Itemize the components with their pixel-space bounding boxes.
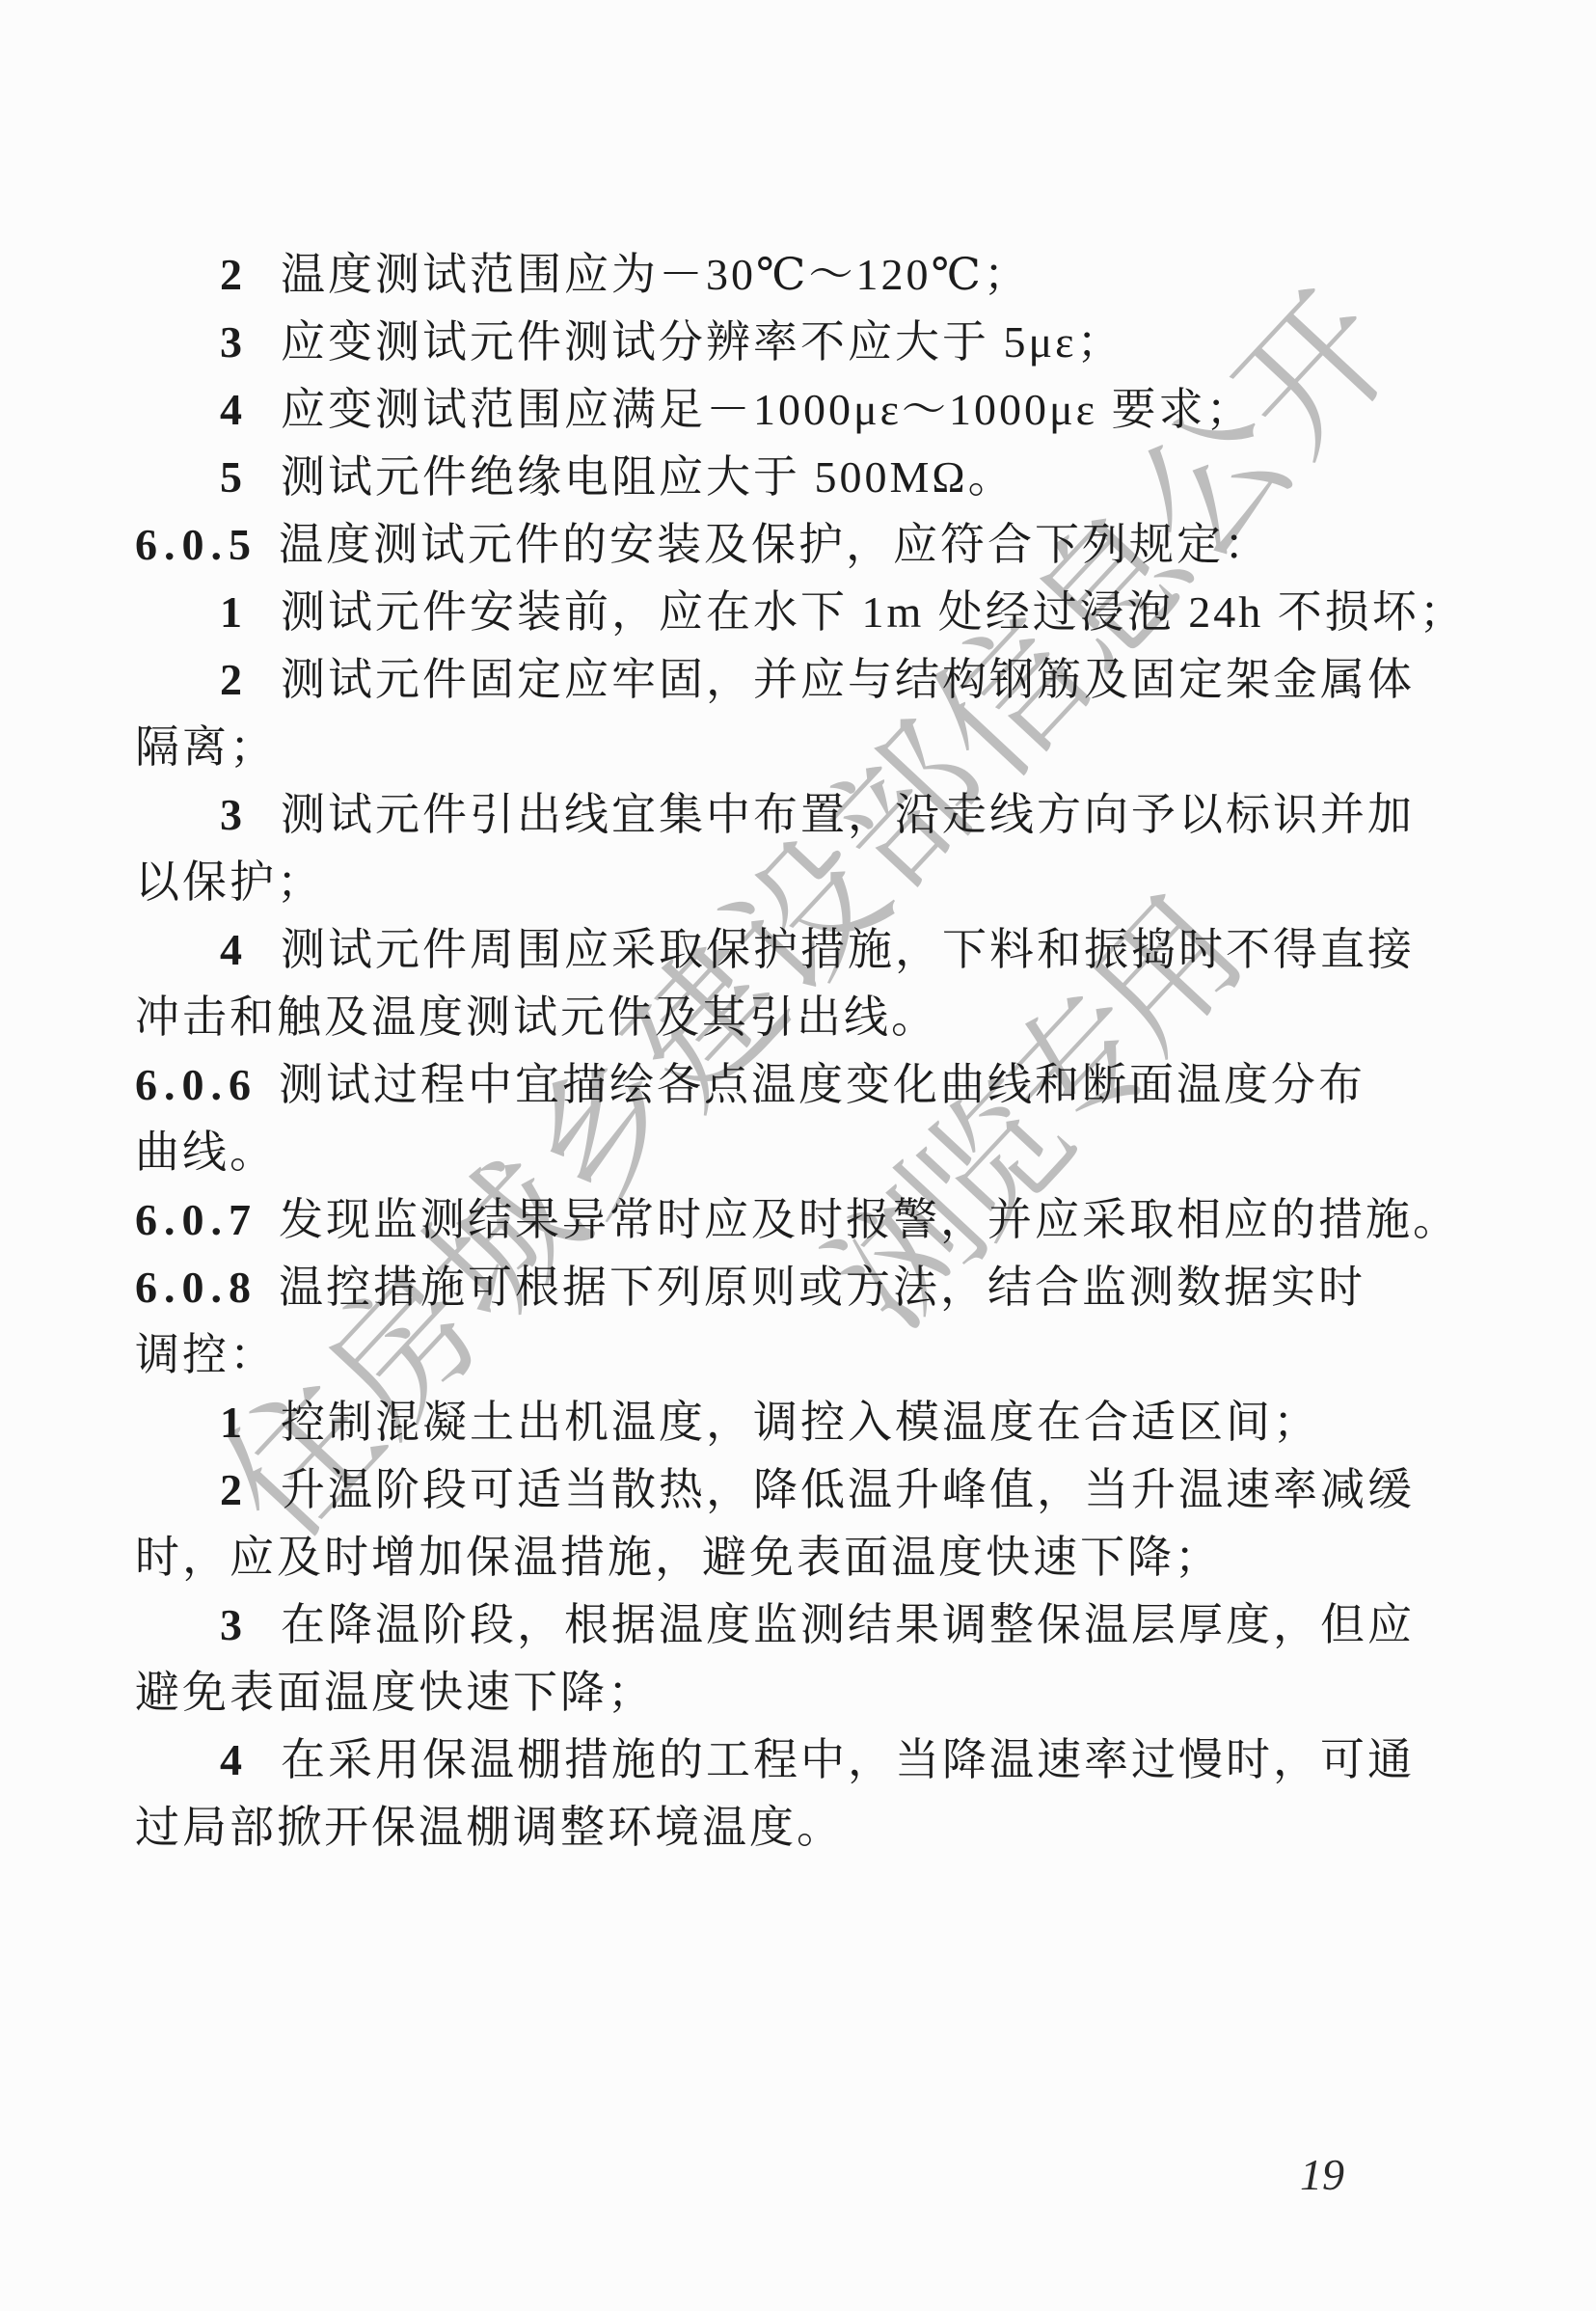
text-line: 以保护； [135,849,1475,916]
line-text: 升温阶段可适当散热，降低温升峰值，当升温速率减缓 [281,1465,1415,1514]
document-page: 住房城乡建设部信息公开 浏览专用 2温度测试范围应为－30℃～120℃；3应变测… [0,0,1596,2311]
line-text: 测试元件周围应采取保护措施，下料和振捣时不得直接 [281,925,1415,974]
page-number: 19 [1300,2149,1344,2200]
item-number: 4 [220,1735,242,1784]
text-line: 6.0.7发现监测结果异常时应及时报警，并应采取相应的措施。 [135,1186,1475,1254]
item-number: 1 [220,1398,242,1447]
line-text: 温度测试范围应为－30℃～120℃； [281,250,1031,299]
text-line: 1控制混凝土出机温度，调控入模温度在合适区间； [135,1389,1475,1456]
item-number: 3 [220,1600,242,1649]
clause-number: 6.0.6 [135,1060,257,1109]
text-line: 3应变测试元件测试分辨率不应大于 5με； [135,309,1475,376]
line-text: 测试元件安装前，应在水下 1m 处经过浸泡 24h 不损坏； [281,587,1467,637]
item-number: 3 [220,790,242,839]
text-line: 3测试元件引出线宜集中布置，沿走线方向予以标识并加 [135,781,1475,849]
line-text: 应变测试范围应满足－1000με～1000με 要求； [281,385,1253,434]
line-text: 冲击和触及温度测试元件及其引出线。 [135,992,938,1042]
line-text: 温度测试元件的安装及保护，应符合下列规定： [279,520,1271,569]
item-number: 1 [220,587,242,637]
text-line: 调控： [135,1321,1475,1389]
line-text: 在降温阶段，根据温度监测结果调整保温层厚度，但应 [281,1600,1415,1649]
line-text: 在采用保温棚措施的工程中，当降温速率过慢时，可通 [281,1735,1415,1784]
clause-number: 6.0.5 [135,520,257,569]
line-text: 控制混凝土出机温度，调控入模温度在合适区间； [281,1398,1320,1447]
text-line: 4在采用保温棚措施的工程中，当降温速率过慢时，可通 [135,1726,1475,1794]
item-number: 3 [220,317,242,367]
text-line: 3在降温阶段，根据温度监测结果调整保温层厚度，但应 [135,1591,1475,1659]
line-text: 避免表面温度快速下降； [135,1668,655,1717]
item-number: 2 [220,1465,242,1514]
text-line: 过局部掀开保温棚调整环境温度。 [135,1794,1475,1862]
text-line: 6.0.6测试过程中宜描绘各点温度变化曲线和断面温度分布 [135,1051,1475,1119]
text-line: 6.0.5温度测试元件的安装及保护，应符合下列规定： [135,511,1475,579]
text-line: 冲击和触及温度测试元件及其引出线。 [135,984,1475,1051]
line-text: 测试元件绝缘电阻应大于 500MΩ。 [281,452,1015,502]
text-line: 2测试元件固定应牢固，并应与结构钢筋及固定架金属体 [135,646,1475,714]
line-text: 曲线。 [135,1128,277,1177]
item-number: 5 [220,452,242,502]
text-line: 6.0.8温控措施可根据下列原则或方法，结合监测数据实时 [135,1254,1475,1321]
text-line: 避免表面温度快速下降； [135,1659,1475,1726]
line-text: 以保护； [135,857,324,907]
item-number: 2 [220,250,242,299]
line-text: 调控： [135,1330,277,1379]
document-body: 2温度测试范围应为－30℃～120℃；3应变测试元件测试分辨率不应大于 5με；… [135,241,1475,1862]
text-line: 曲线。 [135,1119,1475,1186]
text-line: 2温度测试范围应为－30℃～120℃； [135,241,1475,309]
text-line: 5测试元件绝缘电阻应大于 500MΩ。 [135,444,1475,511]
text-line: 隔离； [135,714,1475,781]
line-text: 测试过程中宜描绘各点温度变化曲线和断面温度分布 [279,1060,1366,1109]
item-number: 2 [220,655,242,704]
text-line: 4应变测试范围应满足－1000με～1000με 要求； [135,376,1475,444]
line-text: 过局部掀开保温棚调整环境温度。 [135,1803,844,1852]
item-number: 4 [220,385,242,434]
line-text: 温控措施可根据下列原则或方法，结合监测数据实时 [279,1263,1366,1312]
line-text: 发现监测结果异常时应及时报警，并应采取相应的措施。 [279,1195,1460,1244]
text-line: 1测试元件安装前，应在水下 1m 处经过浸泡 24h 不损坏； [135,579,1475,646]
line-text: 测试元件固定应牢固，并应与结构钢筋及固定架金属体 [281,655,1415,704]
clause-number: 6.0.8 [135,1263,257,1312]
text-line: 时，应及时增加保温措施，避免表面温度快速下降； [135,1524,1475,1591]
text-line: 4测试元件周围应采取保护措施，下料和振捣时不得直接 [135,916,1475,984]
text-line: 2升温阶段可适当散热，降低温升峰值，当升温速率减缓 [135,1456,1475,1524]
clause-number: 6.0.7 [135,1195,257,1244]
line-text: 测试元件引出线宜集中布置，沿走线方向予以标识并加 [281,790,1415,839]
line-text: 时，应及时增加保温措施，避免表面温度快速下降； [135,1533,1222,1582]
item-number: 4 [220,925,242,974]
line-text: 应变测试元件测试分辨率不应大于 5με； [281,317,1123,367]
line-text: 隔离； [135,722,277,772]
